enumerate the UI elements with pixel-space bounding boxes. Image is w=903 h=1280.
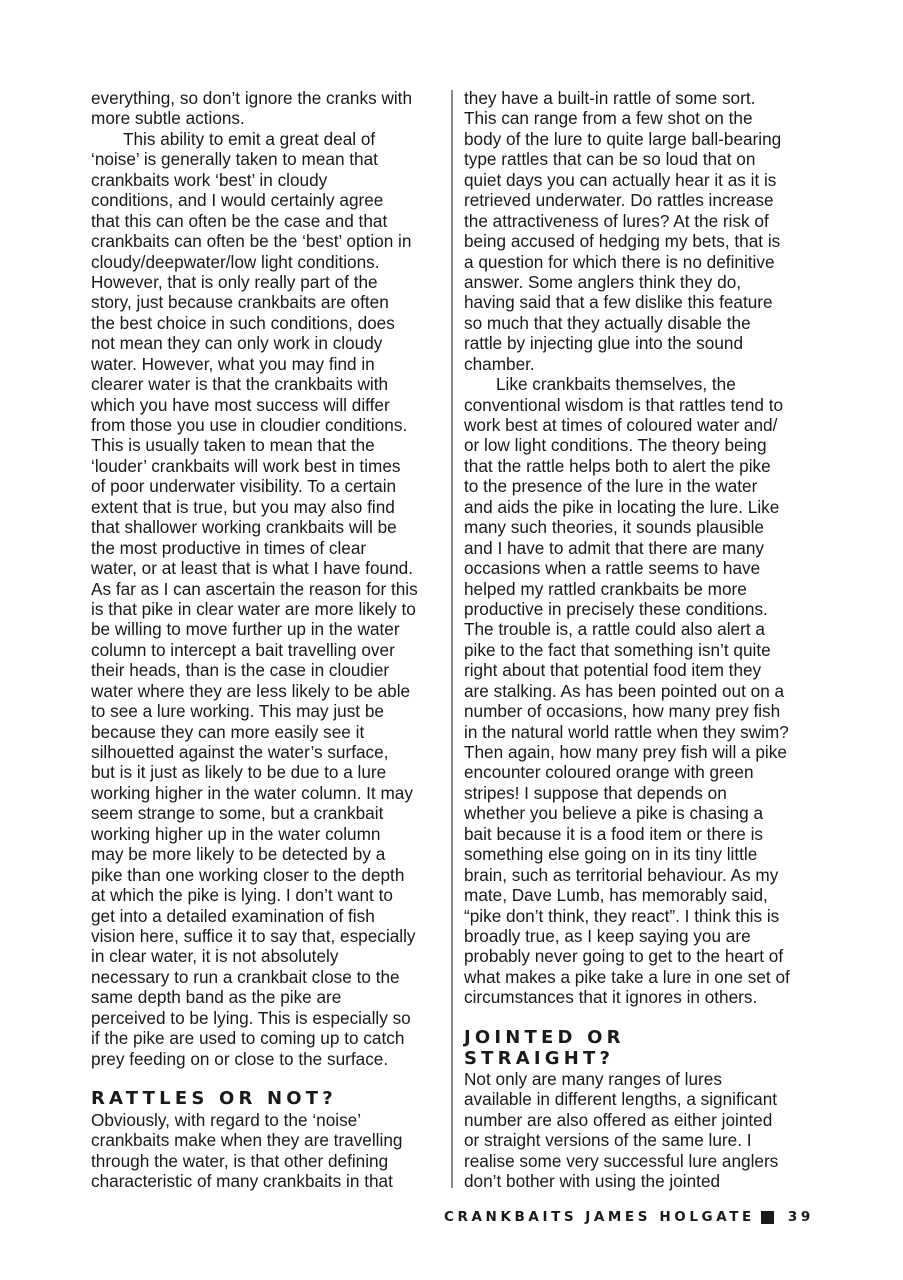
body-line: or low light conditions. The theory bein…	[464, 435, 816, 455]
body-line: more subtle actions.	[91, 108, 441, 128]
body-line: a question for which there is no definit…	[464, 252, 816, 272]
body-line: answer. Some anglers think they do,	[464, 272, 816, 292]
page-number: 39	[788, 1209, 814, 1225]
body-line: work best at times of coloured water and…	[464, 415, 816, 435]
body-line: water, or at least that is what I have f…	[91, 558, 441, 578]
right-body-text: they have a built-in rattle of some sort…	[464, 88, 816, 1008]
body-line: right about that potential food item the…	[464, 660, 816, 680]
body-line: crankbaits can often be the ‘best’ optio…	[91, 231, 441, 251]
page-footer: CRANKBAITS JAMES HOLGATE 39	[444, 1209, 814, 1225]
body-line: not mean they can only work in cloudy	[91, 333, 441, 353]
body-line: vision here, suffice it to say that, esp…	[91, 926, 441, 946]
book-page: everything, so don’t ignore the cranks w…	[0, 0, 903, 1280]
body-line: same depth band as the pike are	[91, 987, 441, 1007]
body-line: perceived to be lying. This is especiall…	[91, 1008, 441, 1028]
body-line: something else going on in its tiny litt…	[464, 844, 816, 864]
body-line: of poor underwater visibility. To a cert…	[91, 476, 441, 496]
body-line: or straight versions of the same lure. I	[464, 1130, 816, 1150]
body-line: having said that a few dislike this feat…	[464, 292, 816, 312]
body-line: This is usually taken to mean that the	[91, 435, 441, 455]
body-line: from those you use in cloudier condition…	[91, 415, 441, 435]
body-line: brain, such as territorial behaviour. As…	[464, 865, 816, 885]
body-line: crankbaits make when they are travelling	[91, 1130, 441, 1150]
footer-book-title: CRANKBAITS	[444, 1209, 577, 1225]
body-line: stripes! I suppose that depends on	[464, 783, 816, 803]
body-line: seem strange to some, but a crankbait	[91, 803, 441, 823]
body-line: in clear water, it is not absolutely	[91, 946, 441, 966]
body-line: pike than one working closer to the dept…	[91, 865, 441, 885]
body-line: Like crankbaits themselves, the	[464, 374, 816, 394]
body-line: retrieved underwater. Do rattles increas…	[464, 190, 816, 210]
body-line: bait because it is a food item or there …	[464, 824, 816, 844]
body-line: many such theories, it sounds plausible	[464, 517, 816, 537]
body-line: working higher in the water column. It m…	[91, 783, 441, 803]
body-line: because they can more easily see it	[91, 722, 441, 742]
body-line: extent that is true, but you may also fi…	[91, 497, 441, 517]
body-line: conventional wisdom is that rattles tend…	[464, 395, 816, 415]
body-line: the attractiveness of lures? At the risk…	[464, 211, 816, 231]
body-line: silhouetted against the water’s surface,	[91, 742, 441, 762]
body-line: probably never going to get to the heart…	[464, 946, 816, 966]
section-heading-rattles: RATTLES OR NOT?	[91, 1089, 441, 1109]
body-line: and aids the pike in locating the lure. …	[464, 497, 816, 517]
body-line: Not only are many ranges of lures	[464, 1069, 816, 1089]
body-line: that shallower working crankbaits will b…	[91, 517, 441, 537]
body-line: The trouble is, a rattle could also aler…	[464, 619, 816, 639]
body-line: crankbaits work ‘best’ in cloudy	[91, 170, 441, 190]
left-body-text: everything, so don’t ignore the cranks w…	[91, 88, 441, 1069]
body-line: that the rattle helps both to alert the …	[464, 456, 816, 476]
column-divider	[451, 90, 453, 1188]
body-line: being accused of hedging my bets, that i…	[464, 231, 816, 251]
body-line: at which the pike is lying. I don’t want…	[91, 885, 441, 905]
body-line: story, just because crankbaits are often	[91, 292, 441, 312]
body-line: However, that is only really part of the	[91, 272, 441, 292]
body-line: cloudy/deepwater/low light conditions.	[91, 252, 441, 272]
body-line: but is it just as likely to be due to a …	[91, 762, 441, 782]
body-line: quiet days you can actually hear it as i…	[464, 170, 816, 190]
body-line: to the presence of the lure in the water	[464, 476, 816, 496]
body-line: the best choice in such conditions, does	[91, 313, 441, 333]
body-line: that this can often be the case and that	[91, 211, 441, 231]
spacer	[464, 1008, 816, 1028]
square-bullet-icon	[761, 1211, 774, 1224]
body-line: if the pike are used to coming up to cat…	[91, 1028, 441, 1048]
body-line: may be more likely to be detected by a	[91, 844, 441, 864]
body-line: everything, so don’t ignore the cranks w…	[91, 88, 441, 108]
body-line: rattle by injecting glue into the sound	[464, 333, 816, 353]
body-line: broadly true, as I keep saying you are	[464, 926, 816, 946]
body-line: Obviously, with regard to the ‘noise’	[91, 1110, 441, 1130]
body-line: water where they are less likely to be a…	[91, 681, 441, 701]
body-line: realise some very successful lure angler…	[464, 1151, 816, 1171]
body-line: Then again, how many prey fish will a pi…	[464, 742, 816, 762]
body-line: chamber.	[464, 354, 816, 374]
body-line: get into a detailed examination of fish	[91, 906, 441, 926]
body-line: “pike don’t think, they react”. I think …	[464, 906, 816, 926]
body-line: what makes a pike take a lure in one set…	[464, 967, 816, 987]
body-line: encounter coloured orange with green	[464, 762, 816, 782]
body-line: circumstances that it ignores in others.	[464, 987, 816, 1007]
body-line: This ability to emit a great deal of	[91, 129, 441, 149]
body-line: available in different lengths, a signif…	[464, 1089, 816, 1109]
footer-author: JAMES HOLGATE	[585, 1209, 755, 1225]
body-line: to see a lure working. This may just be	[91, 701, 441, 721]
body-line: type rattles that can be so loud that on	[464, 149, 816, 169]
body-line: their heads, than is the case in cloudie…	[91, 660, 441, 680]
body-line: and I have to admit that there are many	[464, 538, 816, 558]
section-heading-jointed: JOINTED OR	[464, 1028, 816, 1048]
right-column: they have a built-in rattle of some sort…	[464, 88, 816, 1192]
body-line: be willing to move further up in the wat…	[91, 619, 441, 639]
body-line: is that pike in clear water are more lik…	[91, 599, 441, 619]
body-line: column to intercept a bait travelling ov…	[91, 640, 441, 660]
body-line: they have a built-in rattle of some sort…	[464, 88, 816, 108]
body-line: As far as I can ascertain the reason for…	[91, 579, 441, 599]
body-line: number of occasions, how many prey fish	[464, 701, 816, 721]
body-line: helped my rattled crankbaits be more	[464, 579, 816, 599]
body-line: necessary to run a crankbait close to th…	[91, 967, 441, 987]
body-line: body of the lure to quite large ball-bea…	[464, 129, 816, 149]
body-line: characteristic of many crankbaits in tha…	[91, 1171, 441, 1191]
body-line: mate, Dave Lumb, has memorably said,	[464, 885, 816, 905]
body-line: occasions when a rattle seems to have	[464, 558, 816, 578]
body-line: pike to the fact that something isn’t qu…	[464, 640, 816, 660]
body-line: ‘noise’ is generally taken to mean that	[91, 149, 441, 169]
section-heading-jointed-2: STRAIGHT?	[464, 1049, 816, 1069]
body-line: in the natural world rattle when they sw…	[464, 722, 816, 742]
body-line: water. However, what you may find in	[91, 354, 441, 374]
body-line: are stalking. As has been pointed out on…	[464, 681, 816, 701]
body-line: which you have most success will differ	[91, 395, 441, 415]
spacer	[91, 1069, 441, 1089]
body-line: don’t bother with using the jointed	[464, 1171, 816, 1191]
body-line: working higher up in the water column	[91, 824, 441, 844]
body-line: productive in precisely these conditions…	[464, 599, 816, 619]
body-line: conditions, and I would certainly agree	[91, 190, 441, 210]
body-line: whether you believe a pike is chasing a	[464, 803, 816, 823]
body-line: clearer water is that the crankbaits wit…	[91, 374, 441, 394]
body-line: ‘louder’ crankbaits will work best in ti…	[91, 456, 441, 476]
body-line: prey feeding on or close to the surface.	[91, 1049, 441, 1069]
left-column: everything, so don’t ignore the cranks w…	[91, 88, 441, 1192]
body-line: This can range from a few shot on the	[464, 108, 816, 128]
body-line: so much that they actually disable the	[464, 313, 816, 333]
body-line: through the water, is that other definin…	[91, 1151, 441, 1171]
body-line: number are also offered as either jointe…	[464, 1110, 816, 1130]
body-line: the most productive in times of clear	[91, 538, 441, 558]
